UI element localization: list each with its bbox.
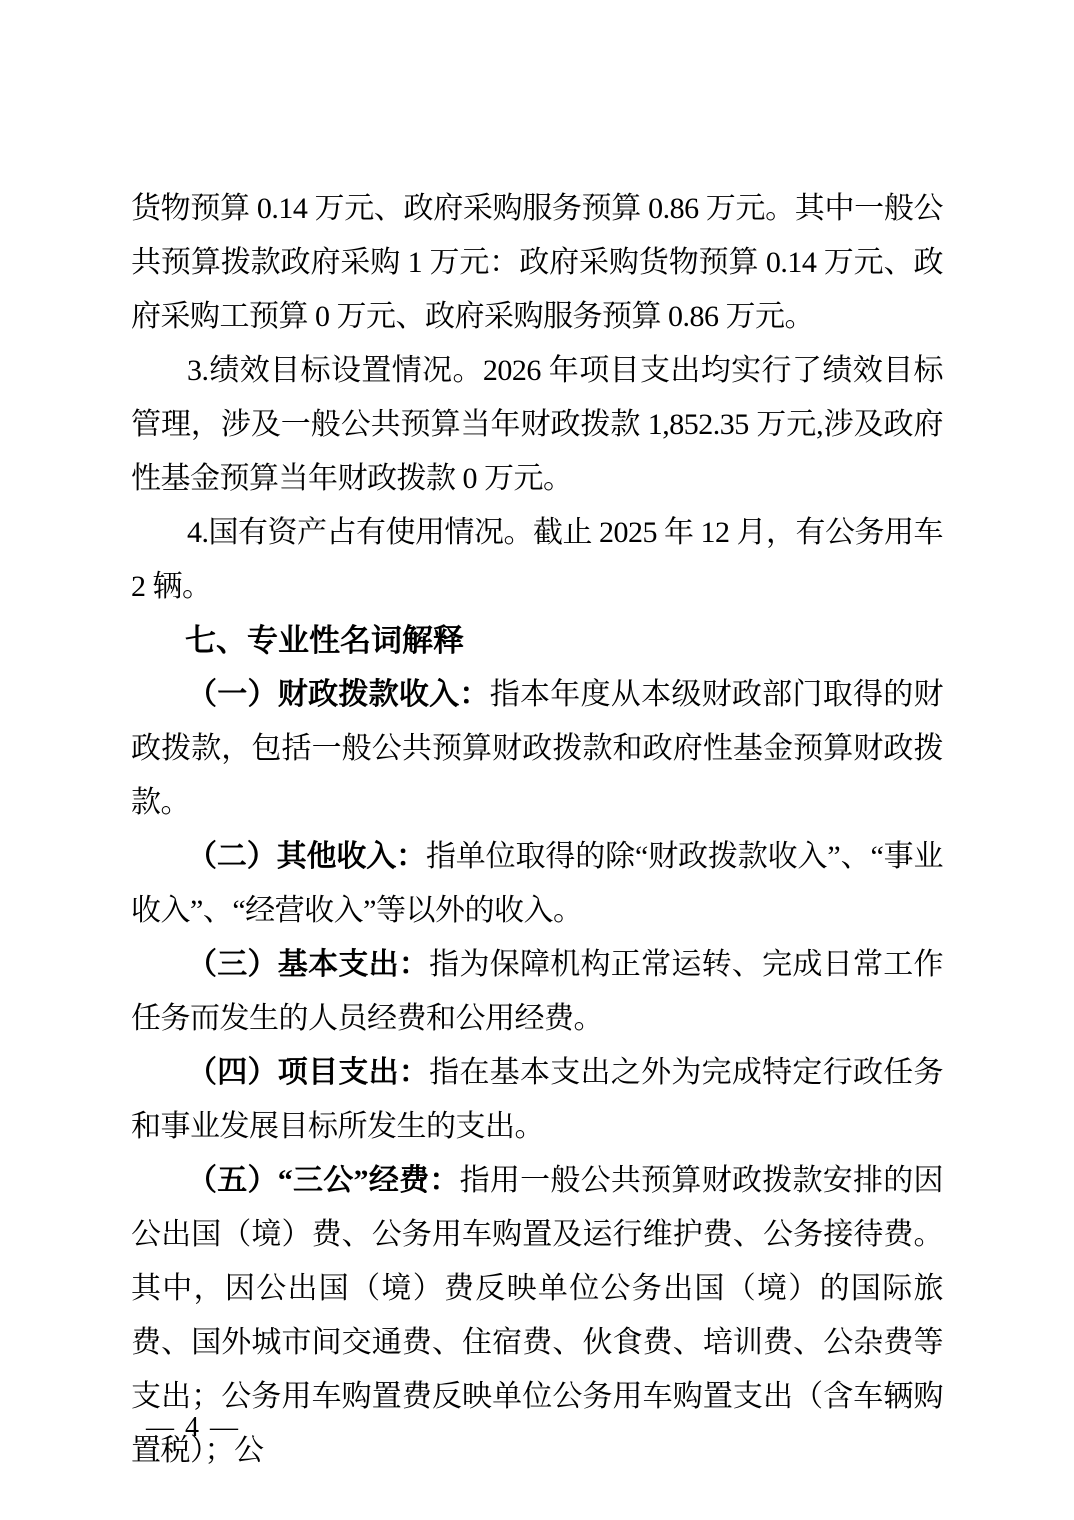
term-paragraph-project-expenditure: （四）项目支出：指在基本支出之外为完成特定行政任务和事业发展目标所发生的支出。 xyxy=(131,1046,943,1154)
term-paragraph-basic-expenditure: （三）基本支出：指为保障机构正常运转、完成日常工作任务而发生的人员经费和公用经费… xyxy=(131,938,943,1046)
term-paragraph-three-public-funds: （五）“三公”经费：指用一般公共预算财政拨款安排的因公出国（境）费、公务用车购置… xyxy=(131,1154,943,1478)
term-paragraph-other-income: （二）其他收入：指单位取得的除“财政拨款收入”、“事业收入”、“经营收入”等以外… xyxy=(131,830,943,938)
term-label: （三）基本支出： xyxy=(187,948,429,981)
page-number: — 4 — xyxy=(146,1408,240,1448)
term-label: （二）其他收入： xyxy=(187,840,426,873)
term-label: （一）财政拨款收入： xyxy=(187,678,490,711)
term-label: （五）“三公”经费： xyxy=(187,1164,460,1197)
paragraph-performance-targets: 3.绩效目标设置情况。2026 年项目支出均实行了绩效目标管理，涉及一般公共预算… xyxy=(131,344,943,506)
section-heading-terminology: 七、专业性名词解释 xyxy=(131,614,943,668)
document-body: 货物预算 0.14 万元、政府采购服务预算 0.86 万元。其中一般公共预算拨款… xyxy=(131,182,943,1478)
paragraph-state-assets: 4.国有资产占有使用情况。截止 2025 年 12 月，有公务用车 2 辆。 xyxy=(131,506,943,614)
term-paragraph-fiscal-appropriation-income: （一）财政拨款收入：指本年度从本级财政部门取得的财政拨款，包括一般公共预算财政拨… xyxy=(131,668,943,830)
term-definition: 指用一般公共预算财政拨款安排的因公出国（境）费、公务用车购置及运行维护费、公务接… xyxy=(131,1164,943,1467)
paragraph-procurement-continuation: 货物预算 0.14 万元、政府采购服务预算 0.86 万元。其中一般公共预算拨款… xyxy=(131,182,943,344)
term-label: （四）项目支出： xyxy=(187,1056,429,1089)
document-page: 货物预算 0.14 万元、政府采购服务预算 0.86 万元。其中一般公共预算拨款… xyxy=(0,0,1074,1520)
